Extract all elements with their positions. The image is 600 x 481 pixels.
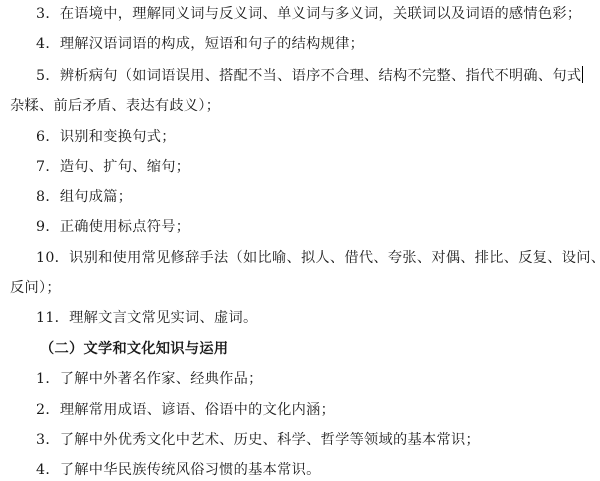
list-item: 3．在语境中，理解同义词与反义词、单义词与多义词，关联词以及词语的感情色彩；	[36, 4, 581, 24]
list-item: 5．辨析病句（如词语误用、搭配不当、语序不合理、结构不完整、指代不明确、句式	[36, 66, 583, 86]
list-item: 7．造句、扩句、缩句；	[36, 157, 190, 177]
list-item: 6．识别和变换句式；	[36, 127, 176, 147]
section-heading: （二）文学和文化知识与运用	[40, 339, 228, 359]
list-item: 4．了解中华民族传统风俗习惯的基本常识。	[36, 460, 321, 480]
list-item: 2．理解常用成语、谚语、俗语中的文化内涵；	[36, 400, 335, 420]
list-item: 9．正确使用标点符号；	[36, 217, 190, 237]
list-item: 10．识别和使用常见修辞手法（如比喻、拟人、借代、夸张、对偶、排比、反复、设问、	[36, 248, 600, 268]
list-item: 3．了解中外优秀文化中艺术、历史、科学、哲学等领域的基本常识；	[36, 430, 480, 450]
list-item: 11．理解文言文常见实词、虚词。	[36, 308, 257, 328]
list-item-continuation: 反问）；	[10, 278, 61, 298]
list-item: 8．组句成篇；	[36, 187, 132, 207]
list-item: 1．了解中外著名作家、经典作品；	[36, 369, 263, 389]
list-item-text: 5．辨析病句（如词语误用、搭配不当、语序不合理、结构不完整、指代不明确、句式	[36, 68, 581, 84]
text-cursor	[582, 66, 583, 83]
list-item-continuation: 杂糅、前后矛盾、表达有歧义）；	[10, 96, 220, 116]
list-item: 4．理解汉语词语的构成，短语和句子的结构规律；	[36, 34, 364, 54]
